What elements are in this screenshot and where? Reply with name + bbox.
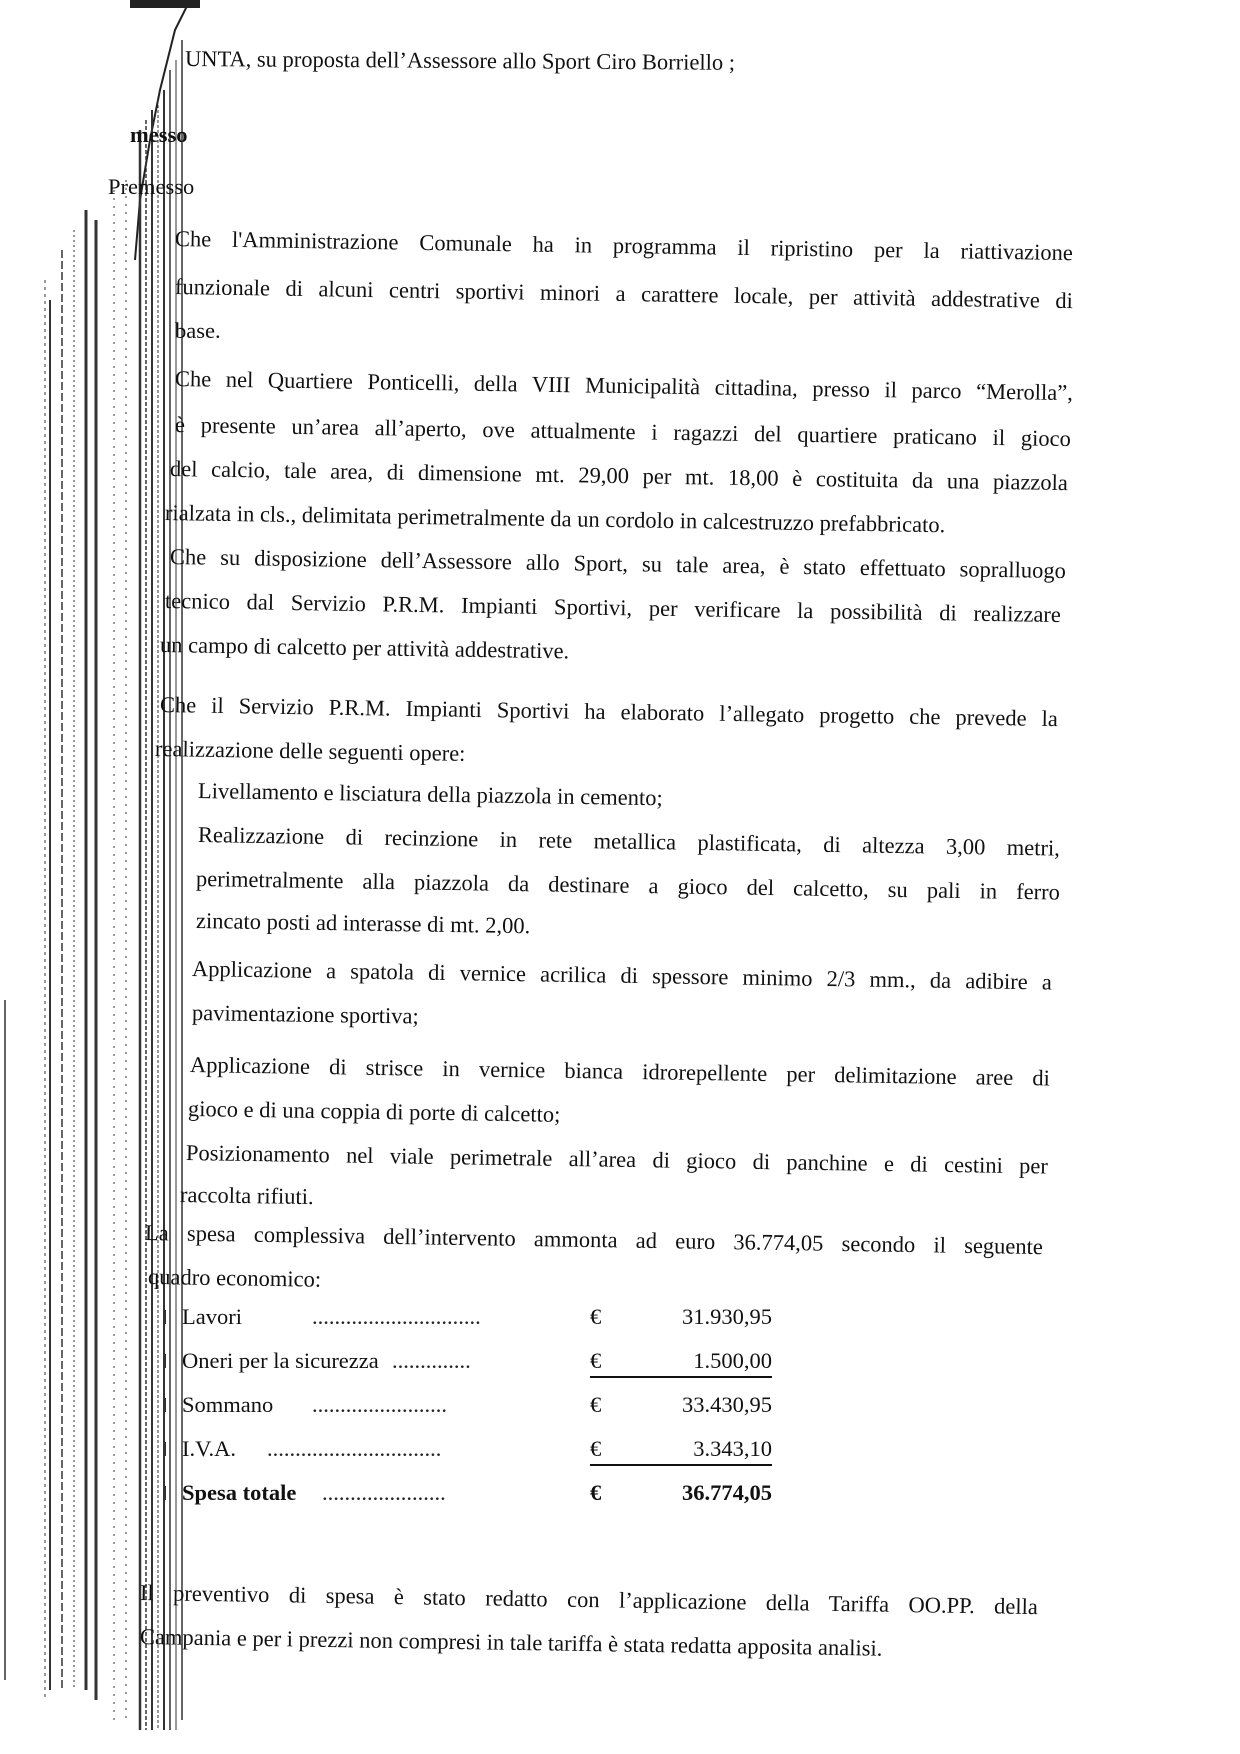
paragraph-2-line-3: del calcio, tale area, di dimensione mt.… — [170, 458, 1068, 495]
quadro-amount: €31.930,95 — [590, 1306, 772, 1332]
quadro-row: Sommano........................€33.430,9… — [182, 1394, 982, 1424]
closing-line-1: Il preventivo di spesa è stato redatto c… — [140, 1582, 1038, 1619]
quadro-row: I.V.A................................€3.… — [182, 1438, 982, 1468]
quadro-value: 3.343,10 — [693, 1438, 772, 1461]
paragraph-1-line-1: Che l'Amministrazione Comunale ha in pro… — [175, 228, 1073, 265]
work-item-5-line-1: Posizionamento nel viale perimetrale all… — [186, 1142, 1048, 1178]
euro-symbol: € — [590, 1350, 601, 1373]
work-item-1-line-1: Livellamento e lisciatura della piazzola… — [198, 780, 663, 810]
work-item-5-line-2: raccolta rifiuti. — [180, 1184, 314, 1209]
euro-symbol: € — [590, 1438, 601, 1461]
quadro-leader-dots: .............. — [392, 1350, 471, 1373]
list-bullet-icon — [164, 1442, 172, 1456]
work-item-3-line-1: Applicazione a spatola di vernice acrili… — [192, 958, 1052, 994]
work-item-3-line-2: pavimentazione sportiva; — [192, 1002, 419, 1028]
paragraph-4-line-2: realizzazione delle seguenti opere: — [155, 738, 466, 765]
quadro-label: Lavori — [182, 1306, 242, 1329]
paragraph-2-line-1: Che nel Quartiere Ponticelli, della VIII… — [175, 368, 1073, 405]
list-bullet-icon — [164, 1486, 172, 1500]
quadro-row: Spesa totale......................€36.77… — [182, 1482, 982, 1512]
list-bullet-icon — [164, 1354, 172, 1368]
list-bullet-icon — [164, 1310, 172, 1324]
quadro-leader-dots: ...................... — [322, 1482, 446, 1505]
quadro-economico-table: Lavori..............................€31.… — [182, 1306, 982, 1536]
premesso-heading: Premesso — [108, 176, 194, 199]
intro-line: UNTA, su proposta dell’Assessore allo Sp… — [185, 48, 735, 74]
quadro-amount: €33.430,95 — [590, 1394, 772, 1420]
euro-symbol: € — [590, 1306, 601, 1329]
work-item-4-line-2: gioco e di una coppia di porte di calcet… — [188, 1098, 561, 1126]
paragraph-3-line-1: Che su disposizione dell’Assessore allo … — [170, 546, 1066, 583]
quadro-amount: €3.343,10 — [590, 1438, 772, 1466]
cost-intro-line-2: quadro economico: — [148, 1266, 321, 1291]
quadro-row: Lavori..............................€31.… — [182, 1306, 982, 1336]
quadro-value: 1.500,00 — [693, 1350, 772, 1373]
quadro-leader-dots: .............................. — [312, 1306, 481, 1329]
quadro-value: 31.930,95 — [682, 1306, 772, 1329]
paragraph-2-line-2: è presente un’area all’aperto, ove attua… — [175, 414, 1071, 451]
quadro-label: Spesa totale — [182, 1482, 296, 1505]
quadro-amount: €1.500,00 — [590, 1350, 772, 1378]
heading-partial: messo — [130, 124, 188, 147]
paragraph-2-line-4: rialzata in cls., delimitata perimetralm… — [165, 502, 946, 537]
work-item-4-line-1: Applicazione di strisce in vernice bianc… — [190, 1054, 1050, 1090]
euro-symbol: € — [590, 1394, 601, 1417]
quadro-label: Oneri per la sicurezza — [182, 1350, 379, 1373]
closing-line-2: Campania e per i prezzi non compresi in … — [140, 1626, 883, 1660]
quadro-label: Sommano — [182, 1394, 273, 1417]
paragraph-3-line-2: tecnico dal Servizio P.R.M. Impianti Spo… — [165, 590, 1061, 627]
quadro-leader-dots: ............................... — [267, 1438, 441, 1461]
work-item-2-line-1: Realizzazione di recinzione in rete meta… — [198, 824, 1060, 860]
paragraph-4-line-1: Che il Servizio P.R.M. Impianti Sportivi… — [160, 694, 1058, 731]
cost-intro-line-1: La spesa complessiva dell’intervento amm… — [145, 1222, 1043, 1259]
quadro-row: Oneri per la sicurezza..............€1.5… — [182, 1350, 982, 1380]
quadro-value: 36.774,05 — [682, 1482, 772, 1505]
paragraph-3-line-3: un campo di calcetto per attività addest… — [160, 634, 570, 663]
paragraph-1-line-3: base. — [175, 320, 221, 343]
paragraph-1-line-2: funzionale di alcuni centri sportivi min… — [175, 276, 1073, 313]
euro-symbol: € — [590, 1482, 601, 1505]
quadro-value: 33.430,95 — [682, 1394, 772, 1417]
work-item-2-line-3: zincato posti ad interasse di mt. 2,00. — [196, 910, 531, 938]
quadro-leader-dots: ........................ — [312, 1394, 447, 1417]
scan-smudge — [130, 0, 200, 8]
quadro-label: I.V.A. — [182, 1438, 236, 1461]
work-item-2-line-2: perimetralmente alla piazzola da destina… — [196, 868, 1060, 904]
list-bullet-icon — [164, 1398, 172, 1412]
quadro-amount: €36.774,05 — [590, 1482, 772, 1508]
